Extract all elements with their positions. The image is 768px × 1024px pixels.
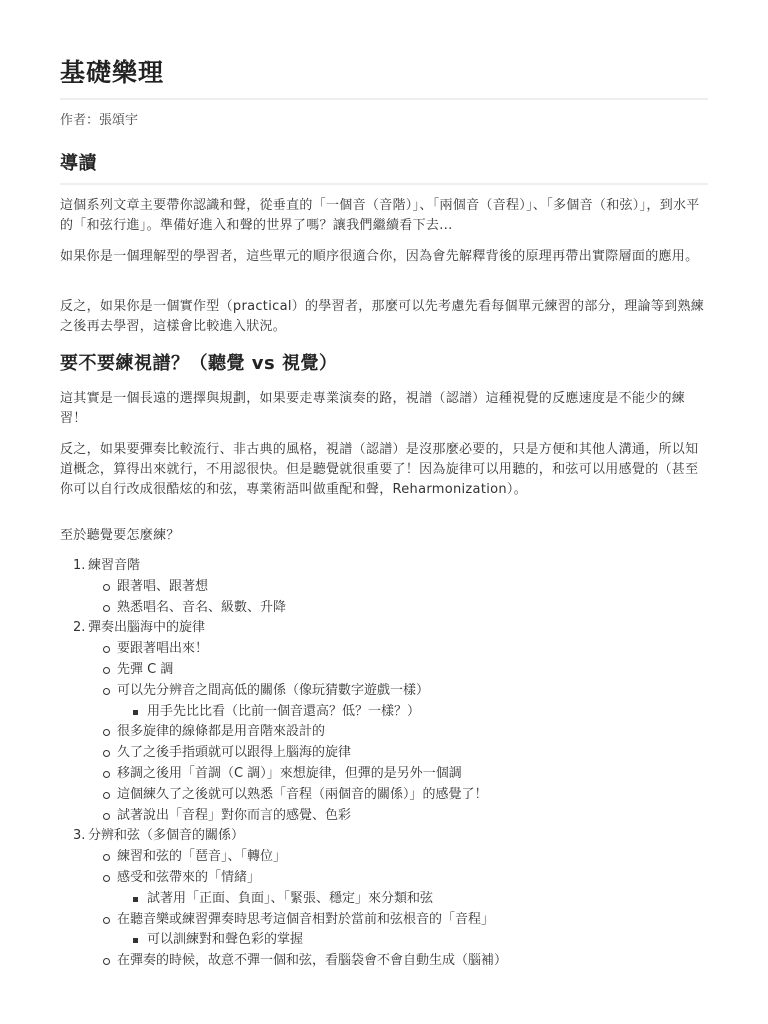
list-item-text: 久了之後手指頭就可以跟得上腦海的旋律 <box>117 743 351 763</box>
author-line: 作者：張頌宇 <box>60 112 138 130</box>
list-item: 可以先分辨音之間高低的關係（像玩猜數字遊戲一樣） <box>60 681 708 702</box>
list-item-text: 可以先分辨音之間高低的關係（像玩猜數字遊戲一樣） <box>117 681 429 701</box>
circle-bullet-icon <box>103 771 110 778</box>
paragraph: 這個系列文章主要帶你認識和聲，從垂直的「一個音（音階）」、「兩個音（音程）」、「… <box>60 196 708 236</box>
list-item-text: 跟著唱、跟著想 <box>117 577 208 597</box>
circle-bullet-icon <box>103 854 110 861</box>
circle-bullet-icon <box>103 792 110 799</box>
list-item: 試著用「正面、負面」、「緊張、穩定」來分類和弦 <box>60 889 708 910</box>
list-item-text: 練習和弦的「琶音」、「轉位」 <box>117 847 286 867</box>
circle-bullet-icon <box>103 584 110 591</box>
paragraph: 反之，如果你是一個實作型（practical）的學習者，那麼可以先考慮先看每個單… <box>60 297 708 337</box>
list-item: 感受和弦帶來的「情緒」 <box>60 868 708 889</box>
circle-bullet-icon <box>103 875 110 882</box>
circle-bullet-icon <box>103 958 110 965</box>
section-heading-sight-reading: 要不要練視譜？（聽覺 vs 視覺） <box>60 352 337 376</box>
circle-bullet-icon <box>103 813 110 820</box>
list-item: 這個練久了之後就可以熟悉「音程（兩個音的關係）」的感覺了！ <box>60 785 708 806</box>
list-item-text: 這個練久了之後就可以熟悉「音程（兩個音的關係）」的感覺了！ <box>117 785 488 805</box>
paragraph: 如果你是一個理解型的學習者，這些單元的順序很適合你，因為會先解釋背後的原理再帶出… <box>60 247 708 267</box>
title-divider <box>60 98 708 100</box>
circle-bullet-icon <box>103 646 110 653</box>
paragraph: 至於聽覺要怎麼練？ <box>60 526 708 546</box>
list-item-text: 在聽音樂或練習彈奏時思考這個音相對於當前和弦根音的「音程」 <box>117 910 494 930</box>
list-number: 3. <box>73 826 85 846</box>
list-item: 在聽音樂或練習彈奏時思考這個音相對於當前和弦根音的「音程」 <box>60 910 708 931</box>
list-item-text: 感受和弦帶來的「情緒」 <box>117 868 260 888</box>
list-item-text: 很多旋律的線條都是用音階來設計的 <box>117 722 325 742</box>
ear-training-list: 1.練習音階跟著唱、跟著想熟悉唱名、音名、級數、升降2.彈奏出腦海中的旋律要跟著… <box>60 556 708 972</box>
circle-bullet-icon <box>103 917 110 924</box>
list-number: 2. <box>73 618 85 638</box>
list-item-text: 熟悉唱名、音名、級數、升降 <box>117 598 286 618</box>
list-item: 要跟著唱出來！ <box>60 639 708 660</box>
circle-bullet-icon <box>103 605 110 612</box>
circle-bullet-icon <box>103 667 110 674</box>
list-item-text: 試著說出「音程」對你而言的感覺、色彩 <box>117 806 351 826</box>
list-item-text: 移調之後用「首調（C 調）」來想旋律，但彈的是另外一個調 <box>117 764 462 784</box>
list-item: 很多旋律的線條都是用音階來設計的 <box>60 722 708 743</box>
section-heading-intro: 導讀 <box>60 152 97 176</box>
list-item: 練習和弦的「琶音」、「轉位」 <box>60 847 708 868</box>
list-item-text: 可以訓練對和聲色彩的掌握 <box>147 930 303 950</box>
list-item-text: 在彈奏的時候，故意不彈一個和弦，看腦袋會不會自動生成（腦補） <box>117 951 507 971</box>
page-title: 基礎樂理 <box>60 56 164 90</box>
list-item: 在彈奏的時候，故意不彈一個和弦，看腦袋會不會自動生成（腦補） <box>60 951 708 972</box>
list-item: 移調之後用「首調（C 調）」來想旋律，但彈的是另外一個調 <box>60 764 708 785</box>
list-item: 1.練習音階 <box>60 556 708 577</box>
square-bullet-icon <box>133 710 138 715</box>
circle-bullet-icon <box>103 750 110 757</box>
list-item-text: 先彈 C 調 <box>117 660 173 680</box>
list-number: 1. <box>73 556 85 576</box>
list-item: 熟悉唱名、音名、級數、升降 <box>60 598 708 619</box>
list-item: 可以訓練對和聲色彩的掌握 <box>60 930 708 951</box>
list-item-text: 要跟著唱出來！ <box>117 639 208 659</box>
list-item-text: 試著用「正面、負面」、「緊張、穩定」來分類和弦 <box>147 889 433 909</box>
square-bullet-icon <box>133 938 138 943</box>
section-divider <box>60 183 708 185</box>
list-item-text: 彈奏出腦海中的旋律 <box>88 618 205 638</box>
list-item-text: 用手先比比看（比前一個音還高？低？一樣？） <box>147 702 420 722</box>
paragraph: 反之，如果要彈奏比較流行、非古典的風格，視譜（認譜）是沒那麼必要的，只是方便和其… <box>60 440 708 500</box>
square-bullet-icon <box>133 897 138 902</box>
list-item: 先彈 C 調 <box>60 660 708 681</box>
circle-bullet-icon <box>103 729 110 736</box>
circle-bullet-icon <box>103 688 110 695</box>
list-item: 用手先比比看（比前一個音還高？低？一樣？） <box>60 702 708 723</box>
list-item: 跟著唱、跟著想 <box>60 577 708 598</box>
list-item-text: 分辨和弦（多個音的關係） <box>88 826 244 846</box>
list-item: 久了之後手指頭就可以跟得上腦海的旋律 <box>60 743 708 764</box>
list-item-text: 練習音階 <box>88 556 140 576</box>
list-item: 3.分辨和弦（多個音的關係） <box>60 826 708 847</box>
list-item: 2.彈奏出腦海中的旋律 <box>60 618 708 639</box>
list-item: 試著說出「音程」對你而言的感覺、色彩 <box>60 806 708 827</box>
paragraph: 這其實是一個長遠的選擇與規劃，如果要走專業演奏的路，視譜（認譜）這種視覺的反應速… <box>60 389 708 429</box>
